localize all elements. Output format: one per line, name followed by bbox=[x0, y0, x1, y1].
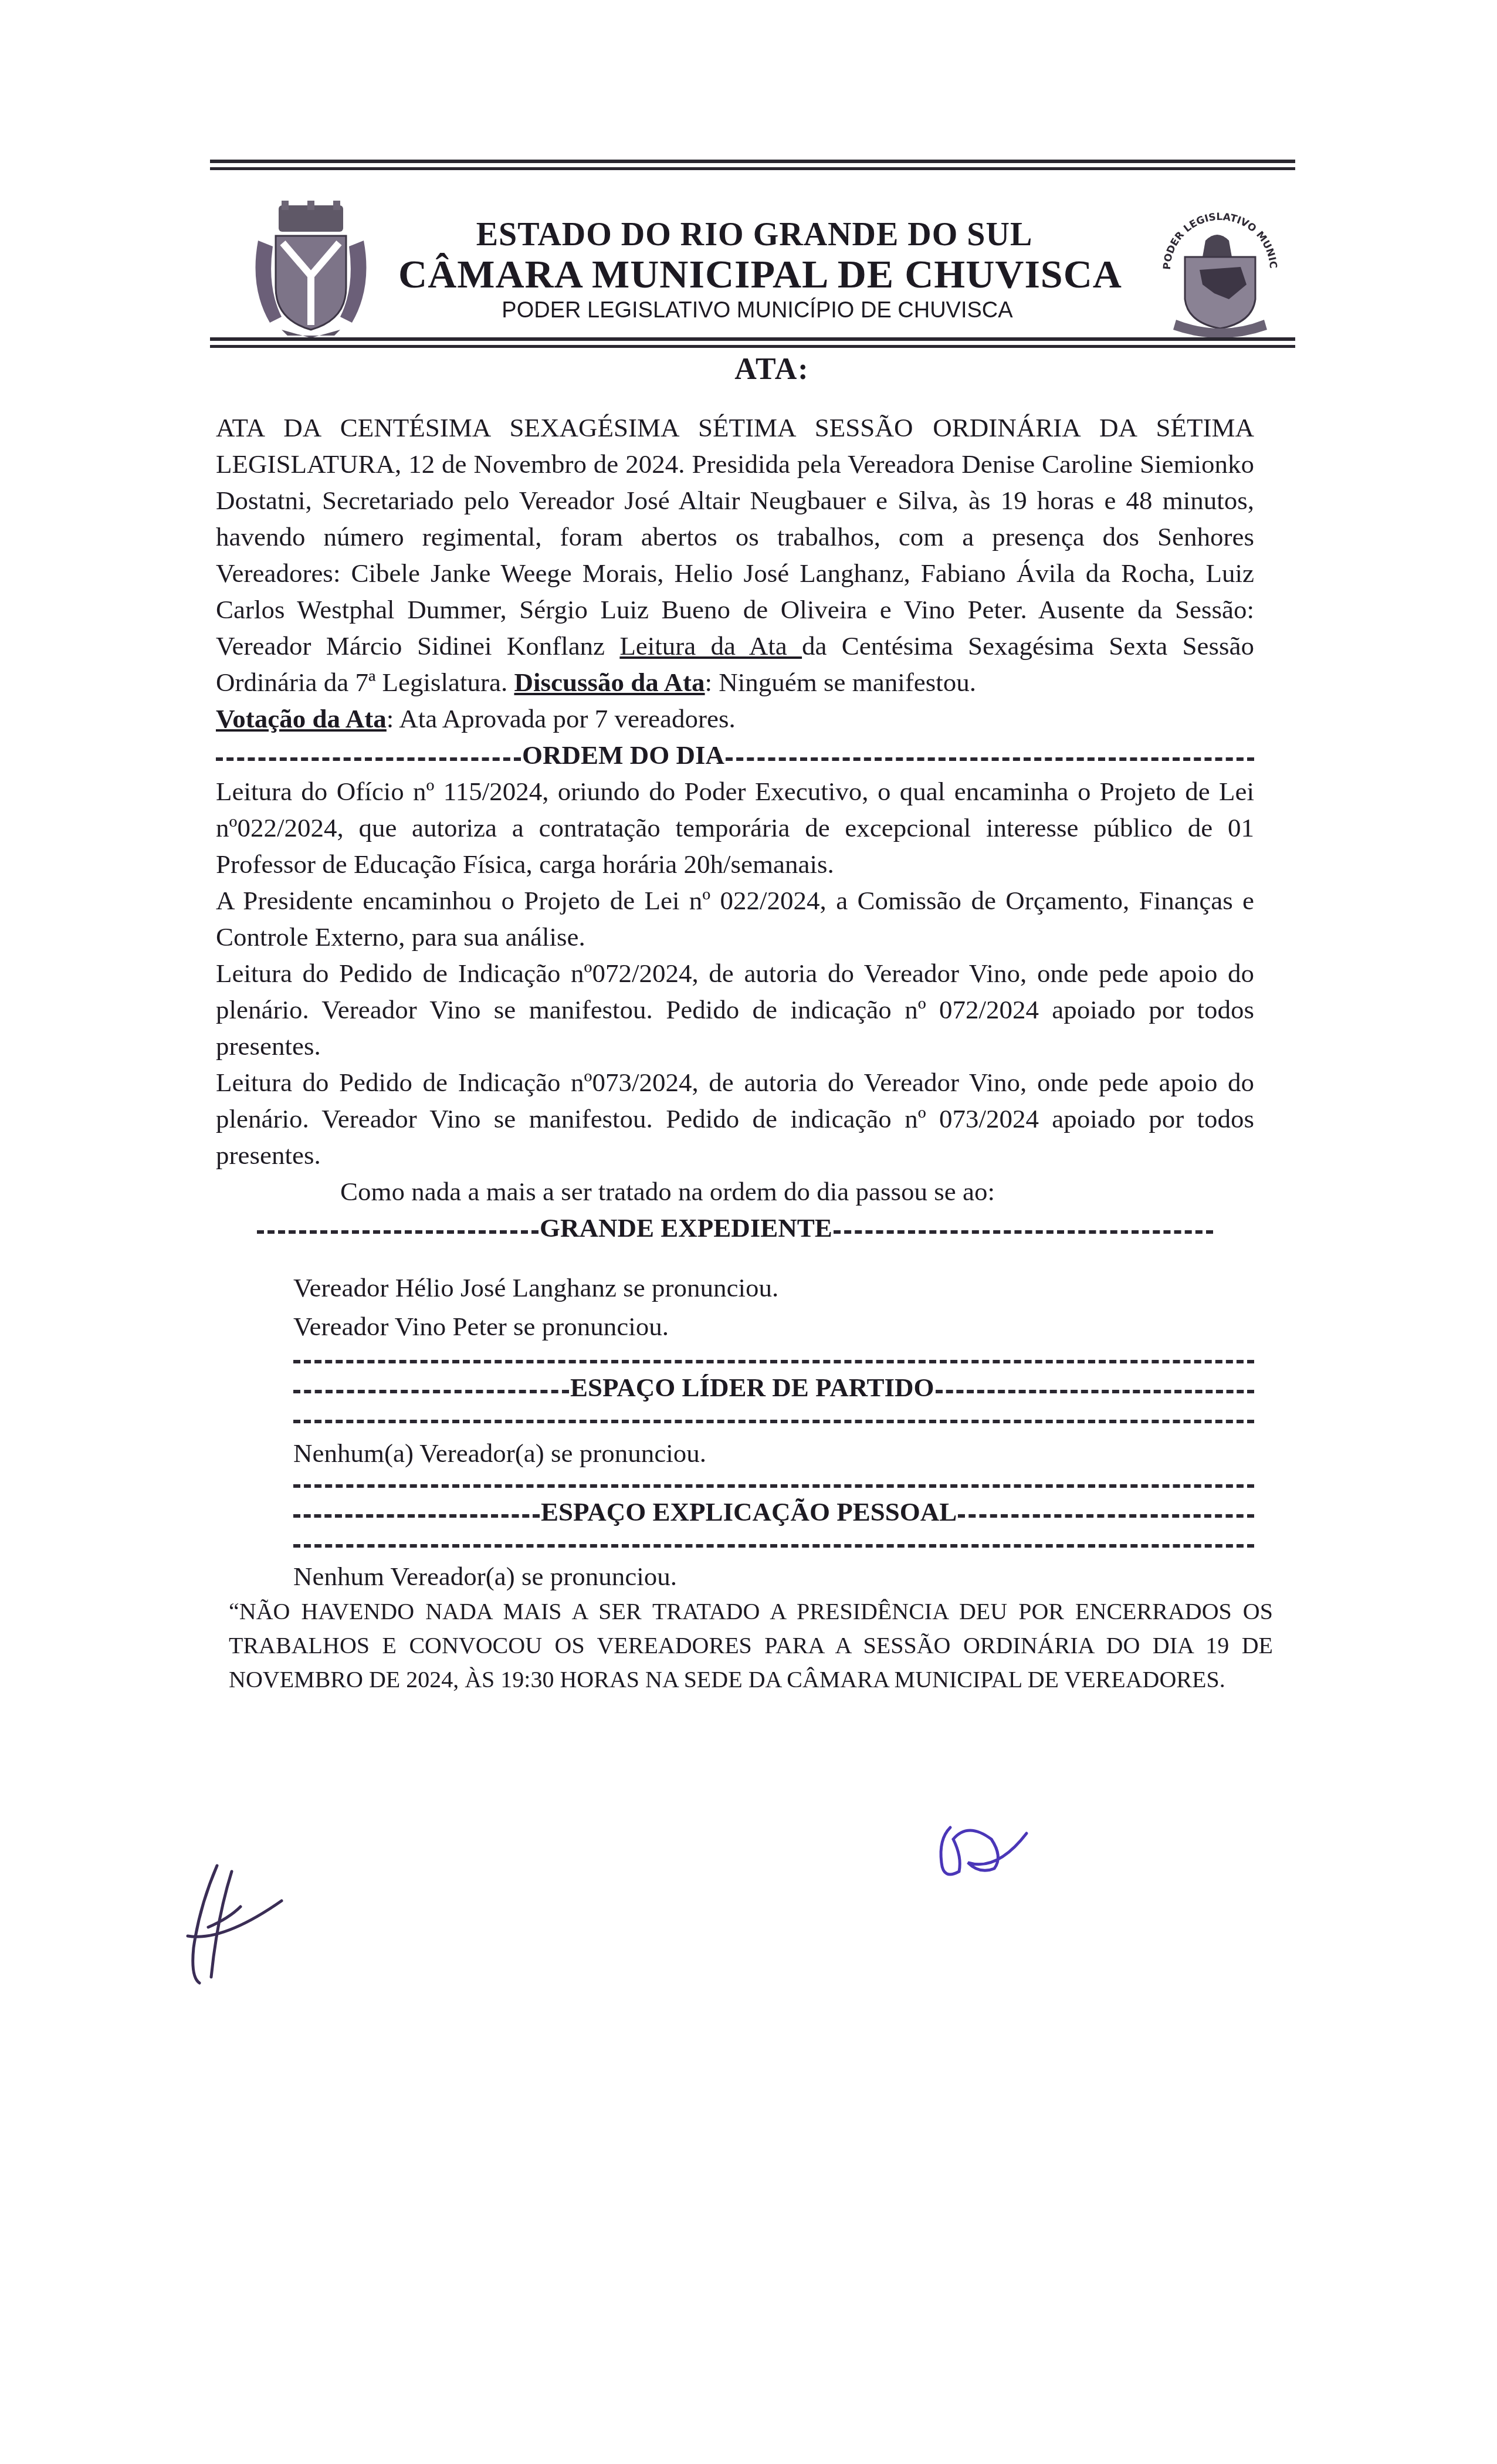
header-rule-top-2 bbox=[210, 167, 1295, 170]
lider-partido-title: ESPAÇO LÍDER DE PARTIDO bbox=[569, 1369, 936, 1406]
header-rule-top-1 bbox=[210, 160, 1295, 163]
explicacao-pessoal-title: ESPAÇO EXPLICAÇÃO PESSOAL bbox=[540, 1494, 958, 1530]
divider bbox=[293, 1420, 1254, 1423]
section-grande-expediente: GRANDE EXPEDIENTE bbox=[257, 1210, 1213, 1246]
ordem-item-2: A Presidente encaminhou o Projeto de Lei… bbox=[216, 882, 1254, 955]
intro-text: ATA DA CENTÉSIMA SEXAGÉSIMA SÉTIMA SESSÃ… bbox=[216, 413, 1254, 661]
divider bbox=[293, 1360, 1254, 1363]
section-lider-partido: ESPAÇO LÍDER DE PARTIDO bbox=[293, 1368, 1254, 1407]
divider bbox=[293, 1544, 1254, 1548]
lider-partido-block: ESPAÇO LÍDER DE PARTIDO Nenhum(a) Veread… bbox=[293, 1360, 1254, 1595]
discussao-da-ata-text: : Ninguém se manifestou. bbox=[705, 668, 976, 697]
ordem-item-4: Leitura do Pedido de Indicação nº073/202… bbox=[216, 1064, 1254, 1173]
divider bbox=[293, 1484, 1254, 1488]
ordem-closing: Como nada a mais a ser tratado na ordem … bbox=[216, 1173, 1254, 1210]
ordem-item-1: Leitura do Ofício nº 115/2024, oriundo d… bbox=[216, 773, 1254, 882]
poder-legislativo-municipal-seal-icon: PODER LEGISLATIVO MUNICIPAL bbox=[1159, 205, 1282, 340]
lider-partido-text: Nenhum(a) Vereador(a) se pronunciou. bbox=[293, 1434, 1254, 1473]
handwritten-signature-icon bbox=[927, 1816, 1044, 1886]
votacao-paragraph: Votação da Ata: Ata Aprovada por 7 verea… bbox=[216, 700, 1254, 737]
votacao-da-ata-text: : Ata Aprovada por 7 vereadores. bbox=[387, 704, 736, 733]
header-rule-bottom-1 bbox=[210, 337, 1295, 341]
intro-paragraph: ATA DA CENTÉSIMA SEXAGÉSIMA SÉTIMA SESSÃ… bbox=[216, 409, 1254, 700]
grande-expediente-title: GRANDE EXPEDIENTE bbox=[538, 1210, 834, 1246]
handwritten-signature-icon bbox=[176, 1860, 311, 1989]
header-rule-bottom-2 bbox=[210, 345, 1295, 348]
grande-expediente-line-2: Vereador Vino Peter se pronunciou. bbox=[216, 1307, 1254, 1346]
closing-statement: “NÃO HAVENDO NADA MAIS A SER TRATADO A P… bbox=[229, 1595, 1273, 1697]
votacao-da-ata-label: Votação da Ata bbox=[216, 704, 387, 733]
document-body: ATA DA CENTÉSIMA SEXAGÉSIMA SÉTIMA SESSÃ… bbox=[216, 409, 1254, 1697]
section-explicacao-pessoal: ESPAÇO EXPLICAÇÃO PESSOAL bbox=[293, 1492, 1254, 1531]
leitura-da-ata-label: Leitura da Ata bbox=[619, 631, 802, 661]
grande-expediente-line-1: Vereador Hélio José Langhanz se pronunci… bbox=[216, 1268, 1254, 1307]
ordem-item-3: Leitura do Pedido de Indicação nº072/202… bbox=[216, 955, 1254, 1064]
section-ordem-do-dia: ORDEM DO DIA bbox=[216, 737, 1254, 773]
ordem-do-dia-title: ORDEM DO DIA bbox=[521, 737, 726, 773]
discussao-da-ata-label: Discussão da Ata bbox=[514, 668, 705, 697]
document-heading: ATA: bbox=[0, 352, 1497, 387]
explicacao-pessoal-text: Nenhum Vereador(a) se pronunciou. bbox=[293, 1558, 1254, 1595]
